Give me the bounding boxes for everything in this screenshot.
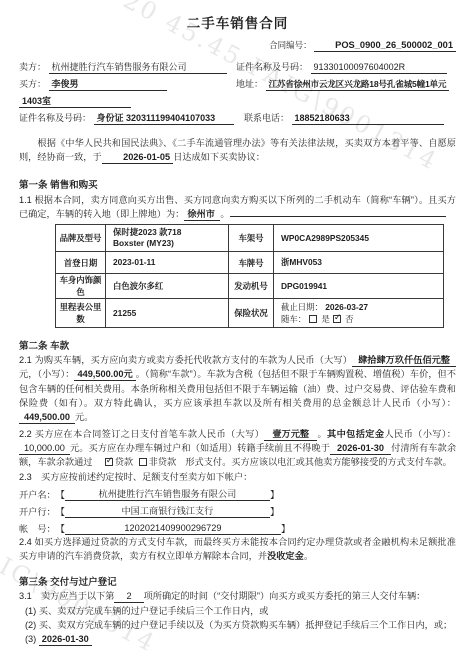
clause-2-2-dot: 。 [317,429,327,439]
total-amount-numeric: 449,500.00 [19,411,75,424]
deposit-amount: 10,000.00 [19,442,70,455]
agreement-date: 2026-01-05 [102,151,173,164]
insurance-expiry-label: 截止日期： [281,302,323,312]
phone-label: 联系电话： [244,113,289,123]
insurance-no-label: 否 [345,314,353,324]
insurance-label: 保险状况 [229,299,274,328]
checkbox-unchecked-icon[interactable] [309,315,317,323]
deposit-bold-label: 其中包括定金 [327,429,384,439]
delivery-option-3-label: (3) [25,634,39,644]
check-icon: ✓ [106,455,114,465]
account-block: 开户名： 【 杭州捷胜行汽车销售服务有限公司 】 开户行： 【 中国工商银行钱江… [19,484,456,535]
address-value-line2: 1403室 [19,95,131,108]
contract-number-line: 合同编号： POS_0900_26_500002_001 [19,39,456,52]
clause-3-1-end: 项所确定的时间（“交付期限”）向买方或买方委托的第三人交付车辆： [144,591,426,601]
clause-3-1-text: 3.1 卖方应当于以下第 [19,591,114,601]
color-value: 白色波尔多红 [106,274,229,299]
clause-1-1-period: 。 [220,209,229,219]
account-bank-row: 开户行： 【 中国工商银行钱江支行 】 [19,501,456,518]
first-payment-cn: 壹万元整 [264,428,317,441]
plate-no-value: 浙MHV053 [274,252,444,274]
account-name-row: 开户名： 【 杭州捷胜行汽车销售服务有限公司 】 [19,484,456,501]
section3-heading: 第三条 交付与过户登记 [19,576,456,589]
vin-value: WP0CA2989PS205345 [274,225,444,252]
delivery-options-list: (1) 买、卖双方完成车辆的过户登记手续后三个工作日内，或 (2) 买、卖双方完… [19,604,456,647]
contract-title: 二手车销售合同 [19,12,456,32]
clause-2-2-text2: 人民币（小写）： [384,429,456,439]
account-number-label: 帐 号： [19,521,56,535]
clause-2-2-end: 形式支付。买方应该以电汇或其他卖方能够接受的方式支付车款。 [176,457,452,467]
vin-label: 车架号 [229,225,274,252]
buyer-value: 李俊男 [49,78,167,91]
contract-number-value: POS_0900_26_500002_001 [314,39,456,52]
buyer-cert-label: 证件名称及号码： [19,113,91,123]
party-row-address2: 1403室 [19,91,456,108]
contract-page: 20 45.45 PAIG\9001314 20 45.45 PAIG\9001… [0,0,472,652]
brand-model-label: 品牌及型号 [56,225,106,252]
forfeit-deposit-bold: 没收定金 [267,551,304,561]
account-name-label: 开户名： [19,487,56,501]
bracket-close: 】 [281,521,290,535]
checkbox-loan-checked-icon[interactable]: ✓ [105,458,113,466]
delivery-option-1: (1) 买、卖双方完成车辆的过户登记手续后三个工作日内，或 [19,604,456,618]
clause-1-1: 1.1 根据本合同，卖方同意向买方出售、买方同意向卖方购买以下所列的二手机动车（… [19,193,456,222]
account-name-value: 杭州捷胜行汽车销售服务有限公司 [65,488,270,501]
first-reg-date-value: 2023-01-11 [106,252,229,274]
delivery-option-number: 2 [114,590,143,603]
contract-number-label: 合同编号： [269,40,312,50]
phone-value: 18852180633 [292,112,444,125]
engine-no-label: 发动机号 [229,274,274,299]
engine-no-value: DPG019941 [274,274,444,299]
account-bank-value: 中国工商银行钱江支行 [65,505,270,518]
amount-numeric: 449,500.00元 [74,368,135,381]
clause-2-3: 2.3 买方应按前述约定按时、足额支付至卖方如下帐户： [19,470,456,484]
brand-model-line2: Boxster (MY23) [113,238,226,249]
table-row: 里程表公里数 21255 保险状况 截止日期： 2026-03-27 随车： 是… [56,299,444,328]
checkbox-nonloan-unchecked-icon[interactable] [139,458,147,466]
seller-cert-label: 证件名称及号码： [236,62,308,72]
account-bank-label: 开户行： [19,504,56,518]
buyer-label: 买方： [19,79,46,89]
bracket-close: 】 [270,487,279,501]
table-row: 车身内饰颜色 白色波尔多红 发动机号 DPG019941 [56,274,444,299]
clause-3-1: 3.1 卖方应当于以下第2项所确定的时间（“交付期限”）向买方或买方委托的第三人… [19,589,456,603]
preamble-text-end: 日达成如下买卖协议： [173,152,265,162]
clause-2-2: 2.2 买方应在本合同签订之日支付首笔车款人民币（大写）壹万元整。其中包括定金人… [19,427,456,470]
vehicle-info-table: 品牌及型号 保时捷2023 款718 Boxster (MY23) 车架号 WP… [55,224,444,328]
clause-2-4: 2.4 如买方选择通过贷款的方式支付车款，而最终买方未能按本合同约定办理贷款或者… [19,535,456,564]
mileage-value: 21255 [106,299,229,328]
buyer-cert-value: 身份证 320311199404107033 [94,112,234,125]
mileage-label: 里程表公里数 [56,299,106,328]
section1-heading: 第一条 销售和购买 [19,179,456,192]
clause-2-4-end: 。 [304,551,313,561]
blank-fill-line [230,207,446,217]
checkbox-checked-icon[interactable]: ✓ [333,315,341,323]
first-reg-date-label: 首登日期 [56,252,106,274]
clause-2-1-end: 元。 [75,412,93,422]
party-row-buyer: 买方： 李俊男 地址： 江苏省徐州市云龙区兴龙路18号孔雀城5幢1单元 [19,74,456,91]
clause-2-4-text: 2.4 如买方选择通过贷款的方式支付车款，而最终买方未能按本合同约定办理贷款或者… [19,537,456,561]
insurance-value: 截止日期： 2026-03-27 随车： 是✓ 否 [274,299,444,328]
table-row: 首登日期 2023-01-11 车牌号 浙MHV053 [56,252,444,274]
brand-model-value: 保时捷2023 款718 Boxster (MY23) [106,225,229,252]
parties-block: 卖方： 杭州捷胜行汽车销售服务有限公司 证件名称及号码： 91330100097… [19,57,456,125]
amount-capital-cn: 肆拾肆万玖仟伍佰元整 [352,354,456,367]
clause-2-2-text3: 元。买方应在办理车辆过户和（如适用）转籍手续前且不得晚于 [70,443,330,453]
section2-heading: 第二条 车款 [19,340,456,353]
brand-model-line1: 保时捷2023 款718 [113,227,226,238]
table-row: 品牌及型号 保时捷2023 款718 Boxster (MY23) 车架号 WP… [56,225,444,252]
insurance-yes-label: 是 [321,314,329,324]
account-number-value: 1202021409900296729 [65,522,281,535]
transfer-city-value: 徐州市 [184,208,220,221]
clause-2-1: 2.1 为购买车辆，买方应向卖方或卖方委托代收款方支付的车款为人民币（大写）肆拾… [19,353,456,424]
balance-deadline-date: 2026-01-30 [330,442,391,455]
bracket-close: 】 [270,504,279,518]
delivery-option-3: (3) 2026-01-30 [19,632,456,646]
bracket-open: 【 [56,521,65,535]
account-number-row: 帐 号： 【 1202021409900296729 】 [19,518,456,535]
loan-option-label: 贷款 [115,457,133,467]
plate-no-label: 车牌号 [229,252,274,274]
address-label: 地址： [236,79,263,89]
bracket-open: 【 [56,487,65,501]
party-row-cert-phone: 证件名称及号码： 身份证 320311199404107033 联系电话： 18… [19,108,456,125]
party-row-seller: 卖方： 杭州捷胜行汽车销售服务有限公司 证件名称及号码： 91330100097… [19,57,456,74]
seller-value: 杭州捷胜行汽车销售服务有限公司 [49,61,227,74]
clause-2-1-text: 2.1 为购买车辆，买方应向卖方或卖方委托代收款方支付的车款为人民币（大写） [19,355,352,365]
preamble: 根据《中华人民共和国民法典》、《二手车流通管理办法》等有关法律法规，买卖双方本着… [19,136,456,165]
color-label: 车身内饰颜色 [56,274,106,299]
nonloan-option-label: 非贷款 [149,457,177,467]
seller-label: 卖方： [19,62,46,72]
seller-cert-value: 91330100097604002R [311,61,447,74]
address-value-line1: 江苏省徐州市云龙区兴龙路18号孔雀城5幢1单元 [266,78,450,91]
insurance-with-car-label: 随车： [281,314,306,324]
delivery-date-value: 2026-01-30 [39,633,92,646]
delivery-option-2: (2) 买、卖双方完成车辆的过户登记手续以及（为买方贷款购买车辆）抵押登记手续后… [19,618,456,632]
insurance-expiry-date: 2026-03-27 [325,302,368,312]
clause-2-1-text2: 元，（小写）： [19,369,74,379]
clause-2-2-text: 2.2 买方应在本合同签订之日支付首笔车款人民币（大写） [19,429,264,439]
bracket-open: 【 [56,504,65,518]
check-icon: ✓ [334,312,342,322]
